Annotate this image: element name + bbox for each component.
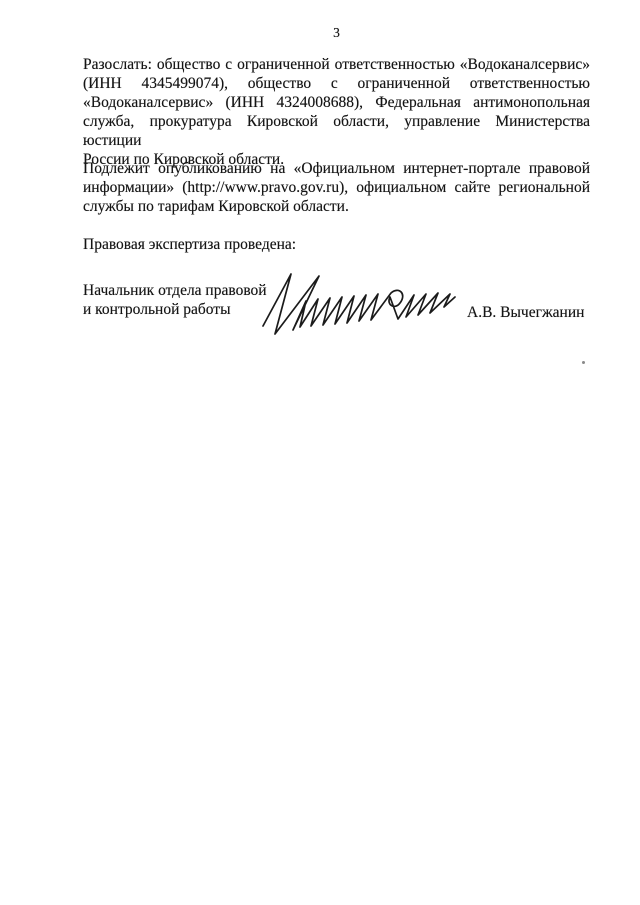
page-number: 3 [83,25,590,41]
scanned-document-page: 3 Разослать: общество с ограниченной отв… [0,0,640,905]
paragraph-line: службы по тарифам Кировской области. [83,197,590,216]
paragraph-line: информации» (http://www.pravo.gov.ru), о… [83,178,590,197]
paragraph-line: (ИНН 4345499074), общество с ограниченно… [83,74,590,93]
signature-icon [256,269,460,337]
paragraph-line: Подлежит опубликованию на «Официальном и… [83,159,590,178]
paragraph-line: «Водоканалсервис» (ИНН 4324008688), Феде… [83,93,590,112]
distribution-paragraph: Разослать: общество с ограниченной ответ… [83,55,590,169]
signatory-position-label: Начальник отдела правовой и контрольной … [83,281,283,319]
signatory-name: А.В. Вычегжанин [467,303,584,322]
legal-expertise-line: Правовая экспертиза проведена: [83,235,296,254]
position-line: Начальник отдела правовой [83,281,283,300]
paragraph-line: Разослать: общество с ограниченной ответ… [83,55,590,74]
position-line: и контрольной работы [83,300,283,319]
paragraph-line: служба, прокуратура Кировской области, у… [83,112,590,150]
scan-speck-dot [582,361,585,364]
publication-paragraph: Подлежит опубликованию на «Официальном и… [83,159,590,216]
